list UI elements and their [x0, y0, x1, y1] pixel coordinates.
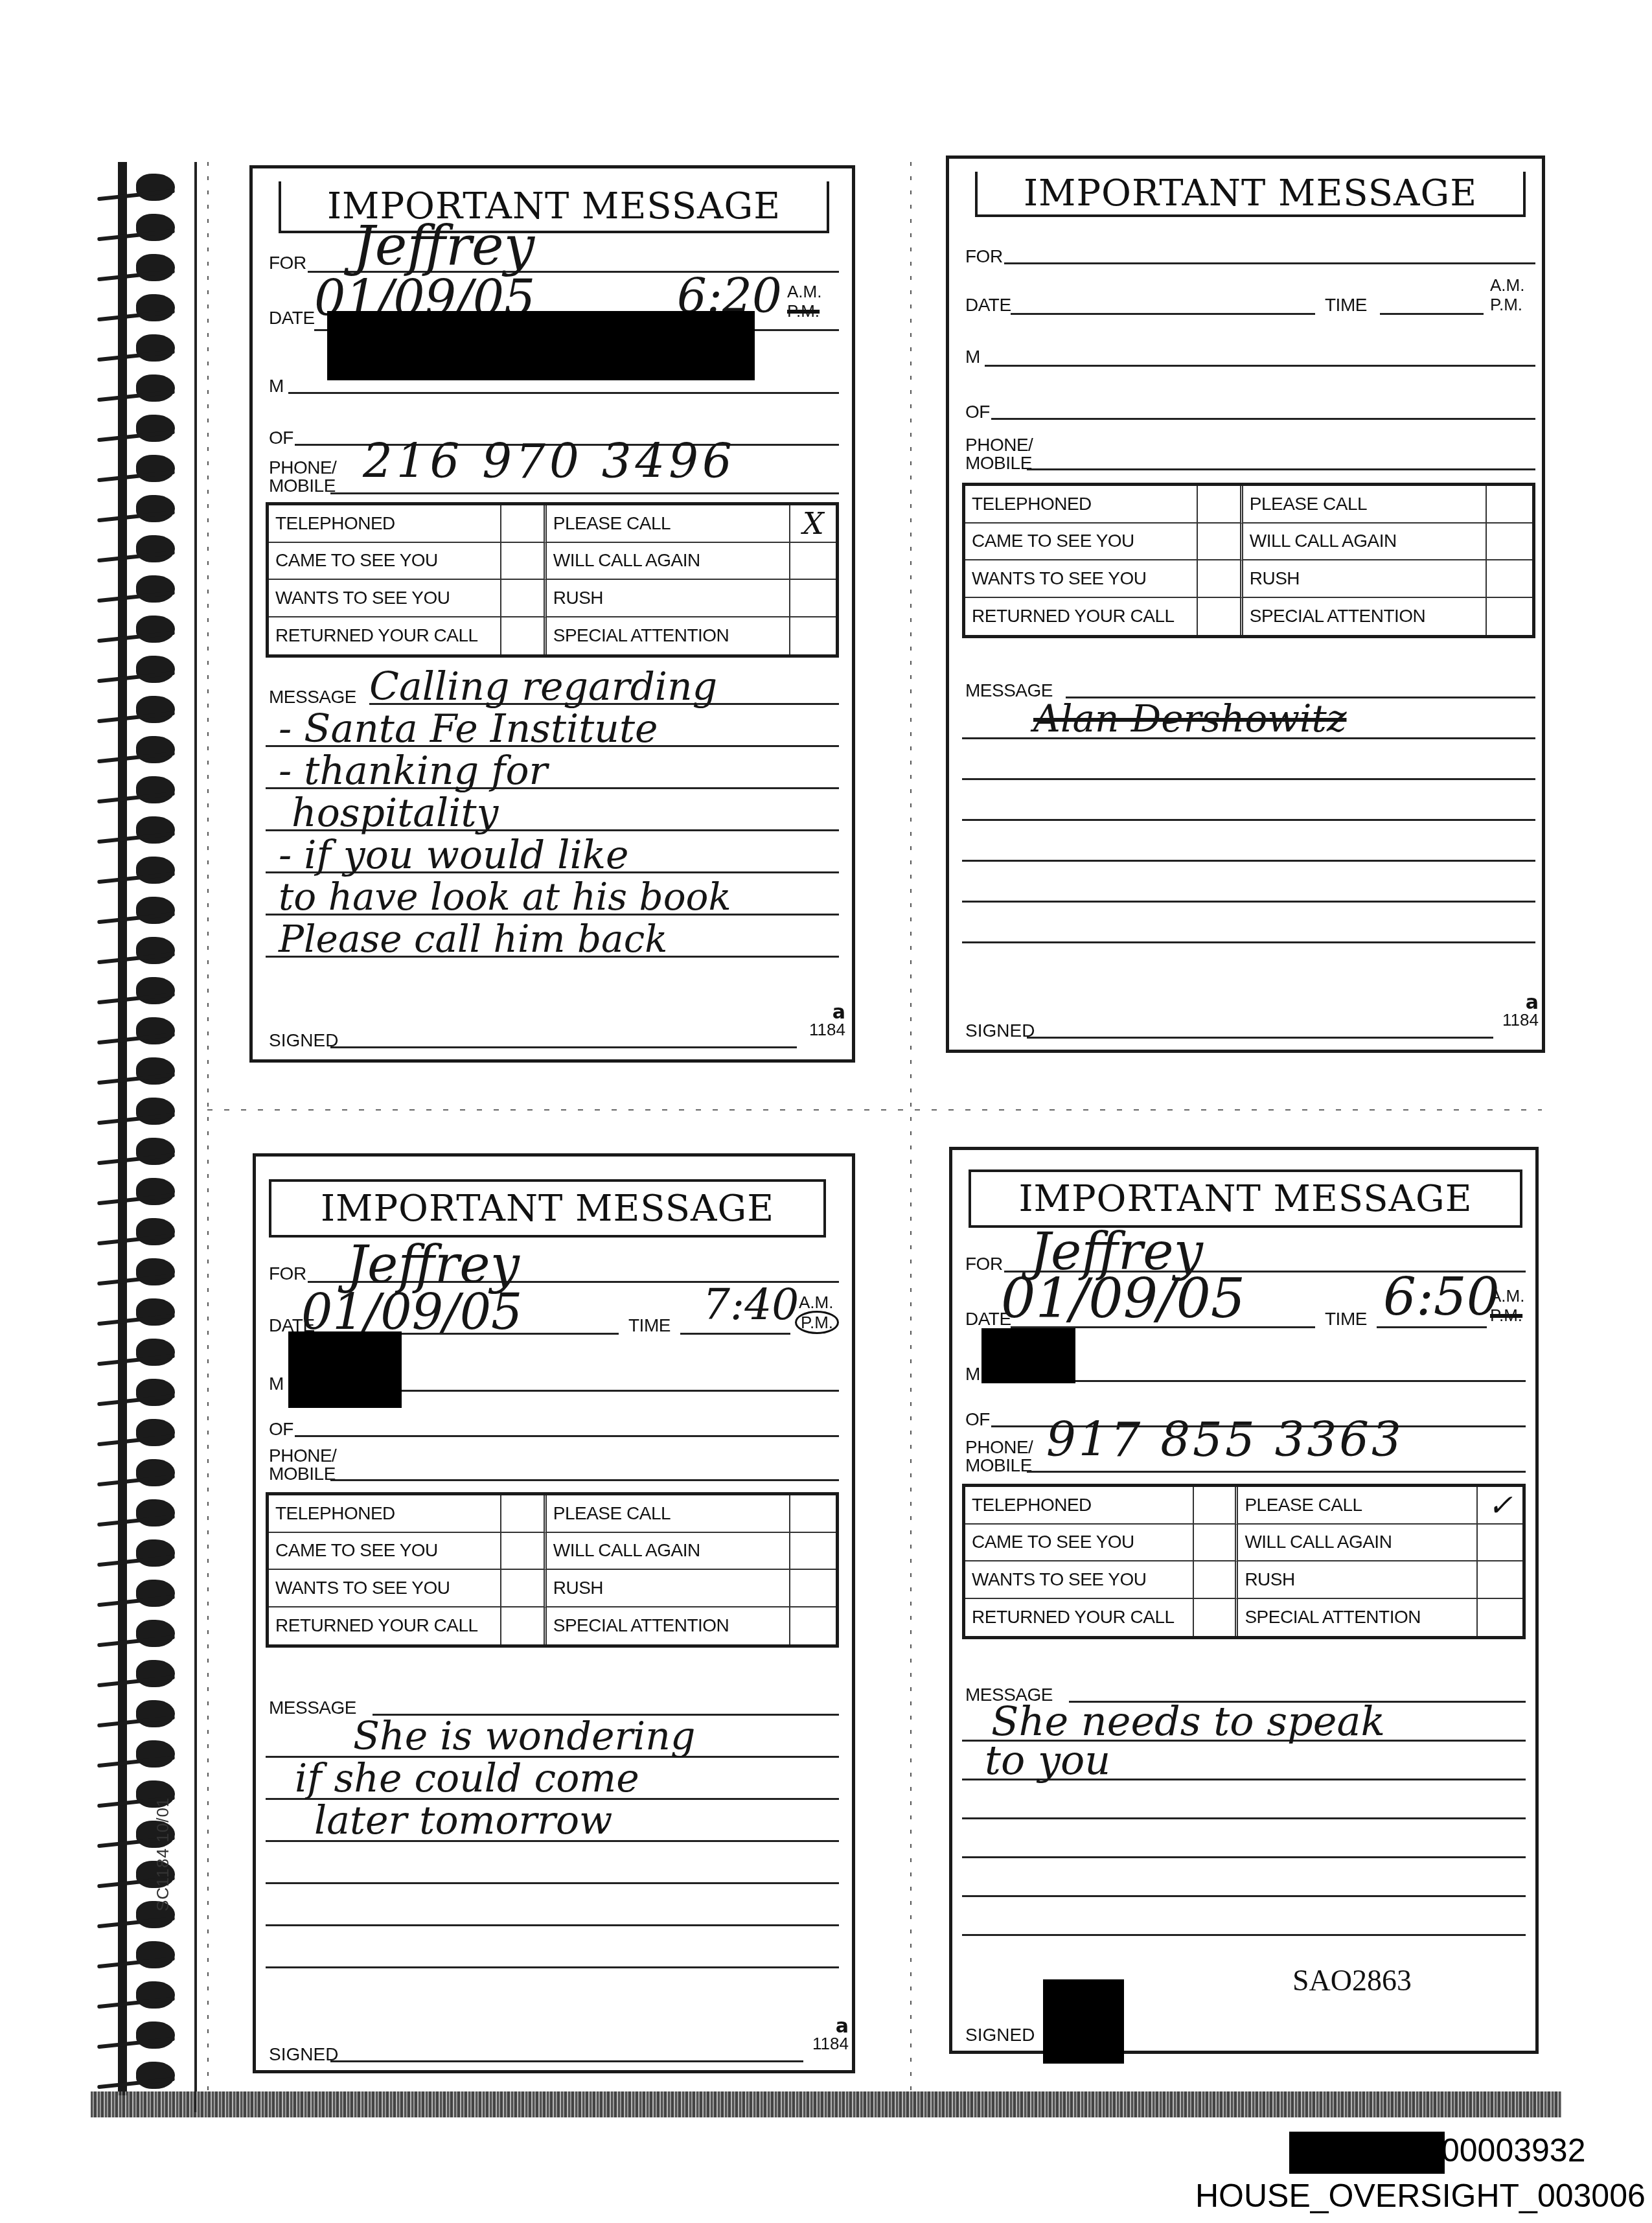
- checkbox-label-please-call: PLEASE CALL: [1238, 1487, 1478, 1525]
- checkbox-came-to-see-you[interactable]: [501, 1533, 547, 1571]
- checkbox-label-returned-your-call: RETURNED YOUR CALL: [965, 598, 1198, 636]
- checkbox-label-rush: RUSH: [1243, 560, 1487, 598]
- checkbox-label-telephoned: TELEPHONED: [965, 486, 1198, 524]
- checkbox-label-came-to-see-you: CAME TO SEE YOU: [965, 1525, 1194, 1562]
- form-number: a 1184: [1493, 995, 1539, 1028]
- phone-label: PHONE/MOBILE: [965, 1438, 1033, 1475]
- signed-line: [330, 1046, 797, 1048]
- signed-label: SIGNED: [269, 2044, 338, 2065]
- checkbox-will-call-again[interactable]: [1487, 524, 1532, 561]
- form-number: a 1184: [800, 1004, 845, 1038]
- card-title-box: IMPORTANT MESSAGE: [969, 1169, 1522, 1228]
- checkbox-grid: TELEPHONED PLEASE CALL X CAME TO SEE YOU…: [266, 502, 839, 658]
- manufacturer-logo-icon: a: [803, 2018, 849, 2035]
- phone-label-line1: PHONE/: [269, 457, 336, 478]
- m-label: M: [269, 376, 284, 397]
- for-label: FOR: [269, 253, 306, 273]
- spiral-coil-icon: [91, 1133, 220, 1171]
- spiral-coil-icon: [91, 1414, 220, 1453]
- checkbox-wants-to-see-you[interactable]: [501, 580, 547, 617]
- m-label: M: [965, 347, 980, 367]
- signed-label: SIGNED: [965, 1020, 1035, 1041]
- checkbox-rush[interactable]: [790, 1570, 836, 1607]
- checkbox-came-to-see-you[interactable]: [1194, 1525, 1239, 1562]
- checkbox-label-rush: RUSH: [547, 1570, 790, 1607]
- spiral-coil-icon: [91, 1333, 220, 1372]
- message-card-top-left: IMPORTANT MESSAGE FOR Jeffrey DATE 01/09…: [249, 165, 855, 1063]
- time-line: [1380, 313, 1484, 315]
- message-label: MESSAGE: [269, 687, 356, 708]
- phone-label-line1: PHONE/: [965, 435, 1033, 455]
- checkbox-label-rush: RUSH: [1238, 1561, 1478, 1599]
- checkbox-label-will-call-again: WILL CALL AGAIN: [547, 543, 790, 581]
- m-label: M: [269, 1374, 284, 1394]
- message-line-5: [962, 1856, 1526, 1858]
- spiral-coil-icon: [91, 932, 220, 971]
- of-label: OF: [269, 428, 293, 448]
- redaction-caller-name: [288, 1331, 402, 1408]
- time-line: [680, 1333, 790, 1335]
- message-label: MESSAGE: [269, 1698, 356, 1718]
- date-label: DATE: [965, 295, 1011, 316]
- of-label: OF: [269, 1419, 293, 1440]
- message-text-line-4[interactable]: hospitality: [292, 790, 498, 836]
- spiral-coil-icon: [91, 1735, 220, 1774]
- message-line-6: [266, 1924, 839, 1926]
- message-line-6: [962, 901, 1535, 903]
- phone-label-line2: MOBILE: [269, 476, 336, 496]
- checkbox-label-special-attention: SPECIAL ATTENTION: [1238, 1599, 1478, 1637]
- m-line: [985, 365, 1535, 367]
- checkbox-label-returned-your-call: RETURNED YOUR CALL: [269, 1607, 501, 1645]
- phone-label: PHONE/MOBILE: [965, 436, 1033, 472]
- form-number-text: 1184: [1502, 1010, 1539, 1030]
- m-label: M: [965, 1364, 980, 1385]
- spiral-coil-icon: [91, 530, 220, 569]
- spiral-coil-icon: [91, 1615, 220, 1653]
- checkbox-grid: TELEPHONED PLEASE CALL CAME TO SEE YOU W…: [266, 1492, 839, 1648]
- checkbox-returned-your-call[interactable]: [1198, 598, 1243, 636]
- checkbox-returned-your-call[interactable]: [1194, 1599, 1239, 1637]
- checkbox-please-call[interactable]: ✓: [1478, 1487, 1522, 1525]
- phone-line: [330, 492, 839, 494]
- checkbox-label-wants-to-see-you: WANTS TO SEE YOU: [269, 580, 501, 617]
- spiral-coil-icon: [91, 1936, 220, 1975]
- redaction-signature: [1043, 1979, 1124, 2064]
- message-text-line-7[interactable]: Please call him back: [279, 917, 667, 961]
- spiral-coil-icon: [91, 1574, 220, 1613]
- spiral-coil-icon: [91, 1494, 220, 1533]
- time-value[interactable]: 7:40: [703, 1280, 799, 1330]
- signed-label: SIGNED: [965, 2025, 1035, 2045]
- control-number: 00003932: [1441, 2132, 1585, 2169]
- signed-label: SIGNED: [269, 1030, 338, 1051]
- spiral-coil-icon: [91, 1695, 220, 1734]
- checkbox-special-attention[interactable]: [790, 617, 836, 655]
- spine-form-code: SC1184 10/01: [153, 1797, 173, 1911]
- spiral-coil-icon: [91, 1454, 220, 1493]
- form-number-text: 1184: [809, 1020, 845, 1039]
- time-line: [1377, 1326, 1487, 1328]
- card-title: IMPORTANT MESSAGE: [1018, 1178, 1472, 1220]
- spiral-coil-icon: [91, 1052, 220, 1091]
- redaction-control-prefix: [1289, 2132, 1445, 2174]
- checkbox-label-returned-your-call: RETURNED YOUR CALL: [269, 617, 501, 655]
- spiral-coil-icon: [91, 851, 220, 890]
- for-label: FOR: [269, 1263, 306, 1284]
- date-line: [1011, 313, 1315, 315]
- spiral-coil-icon: [91, 1655, 220, 1694]
- phone-label: PHONE/MOBILE: [269, 1447, 336, 1483]
- for-label: FOR: [965, 1254, 1003, 1274]
- redaction-caller-name: [327, 311, 755, 380]
- date-value[interactable]: 01/09/05: [1001, 1267, 1245, 1330]
- message-card-bottom-left: IMPORTANT MESSAGE FOR Jeffrey DATE 01/09…: [253, 1153, 855, 2073]
- checkbox-label-will-call-again: WILL CALL AGAIN: [1243, 524, 1487, 561]
- spiral-coil-icon: [91, 329, 220, 368]
- spiral-coil-icon: [91, 610, 220, 649]
- sao-stamp: SAO2863: [1292, 1963, 1412, 1998]
- signed-line: [330, 2060, 803, 2062]
- checkbox-label-please-call: PLEASE CALL: [547, 1495, 790, 1533]
- manufacturer-logo-icon: a: [800, 1004, 845, 1021]
- spiral-coil-icon: [91, 811, 220, 850]
- checkbox-label-will-call-again: WILL CALL AGAIN: [1238, 1525, 1478, 1562]
- date-label: DATE: [269, 308, 315, 328]
- card-title-box: IMPORTANT MESSAGE: [269, 1179, 826, 1238]
- message-line-4: [962, 819, 1535, 821]
- checkbox-grid: TELEPHONED PLEASE CALL ✓ CAME TO SEE YOU…: [962, 1484, 1526, 1639]
- time-label: TIME: [1325, 1309, 1367, 1330]
- checkbox-will-call-again[interactable]: [790, 1533, 836, 1571]
- spiral-coil-icon: [91, 1173, 220, 1212]
- time-label: TIME: [1325, 295, 1367, 316]
- am-label: A.M.: [1490, 1286, 1524, 1306]
- checkbox-label-special-attention: SPECIAL ATTENTION: [547, 1607, 790, 1645]
- checkbox-label-telephoned: TELEPHONED: [965, 1487, 1194, 1525]
- bates-number: HOUSE_OVERSIGHT_003006: [1195, 2177, 1646, 2215]
- checkbox-grid: TELEPHONED PLEASE CALL CAME TO SEE YOU W…: [962, 483, 1535, 638]
- spiral-coil-icon: [91, 570, 220, 609]
- spiral-coil-icon: [91, 731, 220, 770]
- checkbox-will-call-again[interactable]: [1478, 1525, 1522, 1562]
- spiral-coil-icon: [91, 369, 220, 408]
- checkbox-special-attention[interactable]: [1478, 1599, 1522, 1637]
- for-line: [1004, 262, 1535, 264]
- message-line-6: [962, 1895, 1526, 1897]
- checkbox-label-wants-to-see-you: WANTS TO SEE YOU: [965, 560, 1198, 598]
- form-number-text: 1184: [812, 2034, 849, 2053]
- phone-value[interactable]: 917 855 3363: [1046, 1412, 1404, 1467]
- perforation-left: [207, 162, 209, 2093]
- message-card-top-right: IMPORTANT MESSAGE FOR DATE TIME A.M. P.M…: [946, 155, 1545, 1053]
- message-text-line-1[interactable]: Calling regarding: [369, 664, 717, 709]
- message-card-bottom-right: IMPORTANT MESSAGE FOR Jeffrey DATE 01/09…: [949, 1147, 1539, 2054]
- spiral-coil-icon: [91, 168, 220, 207]
- spiral-coil-icon: [91, 2016, 220, 2055]
- card-title: IMPORTANT MESSAGE: [321, 1188, 774, 1230]
- pm-label: P.M.: [1490, 295, 1522, 314]
- card-title-box: IMPORTANT MESSAGE: [975, 172, 1526, 217]
- message-text-line-2[interactable]: to you: [985, 1736, 1110, 1784]
- am-label: A.M.: [1490, 275, 1524, 295]
- checkbox-label-came-to-see-you: CAME TO SEE YOU: [269, 1533, 501, 1571]
- am-label: A.M.: [787, 282, 821, 301]
- pm-label-struck: P.M.: [1490, 1306, 1522, 1325]
- message-text-line-5[interactable]: - if you would like: [279, 833, 629, 878]
- m-line: [288, 392, 839, 394]
- phone-label-line2: MOBILE: [965, 453, 1032, 473]
- phone-label-line1: PHONE/: [269, 1446, 336, 1466]
- am-label: A.M.: [799, 1293, 833, 1312]
- spiral-coil-icon: [91, 1092, 220, 1131]
- message-text-line-2[interactable]: if she could come: [295, 1756, 639, 1801]
- phone-label-line1: PHONE/: [965, 1437, 1033, 1457]
- spiral-coil-icon: [91, 2056, 220, 2095]
- checkbox-label-please-call: PLEASE CALL: [547, 505, 790, 543]
- checkbox-label-special-attention: SPECIAL ATTENTION: [1243, 598, 1487, 636]
- pm-label-struck: P.M.: [787, 301, 820, 321]
- checkbox-rush[interactable]: [790, 580, 836, 617]
- spiral-coil-icon: [91, 450, 220, 489]
- checkbox-wants-to-see-you[interactable]: [501, 1570, 547, 1607]
- checkbox-please-call[interactable]: [1487, 486, 1532, 524]
- time-value[interactable]: 6:50: [1383, 1267, 1500, 1327]
- of-line: [295, 1435, 839, 1437]
- spiral-coil-icon: [91, 409, 220, 448]
- spiral-coil-icon: [91, 1534, 220, 1573]
- checkbox-telephoned[interactable]: [501, 1495, 547, 1533]
- spiral-coil-icon: [91, 1374, 220, 1412]
- phone-label: PHONE/MOBILE: [269, 459, 336, 495]
- perforation-center: [910, 162, 912, 2093]
- time-label: TIME: [628, 1315, 671, 1336]
- phone-line: [1027, 1471, 1526, 1473]
- checkbox-label-special-attention: SPECIAL ATTENTION: [547, 617, 790, 655]
- checkbox-label-telephoned: TELEPHONED: [269, 1495, 501, 1533]
- message-text-line-3[interactable]: - thanking for: [279, 748, 547, 794]
- checkbox-please-call[interactable]: X: [790, 505, 836, 543]
- page-edge-rule: [194, 162, 197, 2112]
- message-text-struck[interactable]: Alan Dershowitz: [1033, 697, 1346, 741]
- checkbox-special-attention[interactable]: [790, 1607, 836, 1645]
- message-text-line-2[interactable]: - Santa Fe Institute: [279, 706, 658, 752]
- spiral-coil-icon: [91, 651, 220, 689]
- checkbox-returned-your-call[interactable]: [501, 617, 547, 655]
- message-line-7: [962, 941, 1535, 943]
- phone-label-line2: MOBILE: [269, 1464, 336, 1484]
- checkbox-came-to-see-you[interactable]: [501, 543, 547, 581]
- checkbox-returned-your-call[interactable]: [501, 1607, 547, 1645]
- pm-label-circled: P.M.: [795, 1311, 839, 1334]
- message-line-4: [962, 1817, 1526, 1819]
- of-label: OF: [965, 402, 990, 422]
- checkbox-will-call-again[interactable]: [790, 543, 836, 581]
- spiral-coil-icon: [91, 209, 220, 248]
- message-line-3: [962, 778, 1535, 780]
- spiral-coil-icon: [91, 972, 220, 1011]
- checkbox-label-came-to-see-you: CAME TO SEE YOU: [965, 524, 1198, 561]
- spiral-coil-icon: [91, 249, 220, 288]
- perforation-middle: [207, 1109, 1542, 1111]
- redaction-caller-name: [981, 1328, 1075, 1383]
- checkbox-rush[interactable]: [1487, 560, 1532, 598]
- page-bottom-edge: [91, 2091, 1561, 2117]
- spiral-coil-icon: [91, 691, 220, 730]
- manufacturer-logo-icon: a: [1493, 995, 1539, 1011]
- phone-line: [330, 1479, 839, 1481]
- spiral-coil-icon: [91, 1213, 220, 1252]
- checkbox-special-attention[interactable]: [1487, 598, 1532, 636]
- spiral-coil-icon: [91, 1253, 220, 1292]
- spiral-coil-icon: [91, 771, 220, 810]
- checkbox-please-call[interactable]: [790, 1495, 836, 1533]
- checkbox-label-returned-your-call: RETURNED YOUR CALL: [965, 1599, 1194, 1637]
- checkbox-label-please-call: PLEASE CALL: [1243, 486, 1487, 524]
- checkbox-label-rush: RUSH: [547, 580, 790, 617]
- card-title: IMPORTANT MESSAGE: [1024, 172, 1477, 214]
- spiral-coil-icon: [91, 892, 220, 930]
- of-line: [991, 418, 1535, 420]
- spiral-coil-icon: [91, 1293, 220, 1332]
- message-line-5: [266, 1882, 839, 1884]
- scanned-page: SC1184 10/01 IMPORTANT MESSAGE FOR Jeffr…: [0, 0, 1652, 2223]
- signed-line: [1027, 1037, 1493, 1039]
- phone-value[interactable]: 216 970 3496: [363, 434, 736, 489]
- phone-label-line2: MOBILE: [965, 1455, 1032, 1475]
- checkbox-label-wants-to-see-you: WANTS TO SEE YOU: [269, 1570, 501, 1607]
- spiral-coil-icon: [91, 1976, 220, 2015]
- spiral-coil-icon: [91, 1012, 220, 1051]
- checkbox-telephoned[interactable]: [1198, 486, 1243, 524]
- checkbox-wants-to-see-you[interactable]: [1198, 560, 1243, 598]
- message-line-5: [962, 860, 1535, 862]
- of-label: OF: [965, 1409, 990, 1430]
- message-line-7: [962, 1934, 1526, 1936]
- for-label: FOR: [965, 246, 1003, 267]
- checkbox-telephoned[interactable]: [501, 505, 547, 543]
- message-text-line-3[interactable]: later tomorrow: [314, 1798, 612, 1843]
- phone-line: [1027, 468, 1535, 470]
- spiral-coil-icon: [91, 289, 220, 328]
- checkbox-wants-to-see-you[interactable]: [1194, 1561, 1239, 1599]
- spiral-coil-icon: [91, 490, 220, 529]
- for-value[interactable]: Jeffrey: [353, 214, 534, 277]
- checkbox-came-to-see-you[interactable]: [1198, 524, 1243, 561]
- checkbox-telephoned[interactable]: [1194, 1487, 1239, 1525]
- checkbox-label-wants-to-see-you: WANTS TO SEE YOU: [965, 1561, 1194, 1599]
- form-number: a 1184: [803, 2018, 849, 2052]
- checkbox-label-will-call-again: WILL CALL AGAIN: [547, 1533, 790, 1571]
- checkbox-label-came-to-see-you: CAME TO SEE YOU: [269, 543, 501, 581]
- message-line-7: [266, 1966, 839, 1968]
- message-text-line-1[interactable]: She is wondering: [353, 1714, 695, 1759]
- message-text-line-6[interactable]: to have look at his book: [279, 875, 731, 919]
- checkbox-label-telephoned: TELEPHONED: [269, 505, 501, 543]
- checkbox-rush[interactable]: [1478, 1561, 1522, 1599]
